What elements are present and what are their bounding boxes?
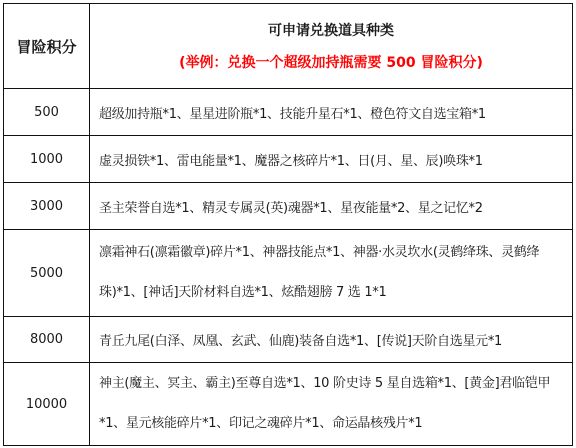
row-items: 虚灵损铁*1、雷电能量*1、魔器之核碎片*1、日(月、星、辰)唤珠*1 <box>90 136 573 183</box>
table-row: 3000 圣主荣誉自选*1、精灵专属灵(英)魂器*1、星夜能量*2、星之记忆*2 <box>4 183 573 230</box>
exchange-table: 冒险积分 可申请兑换道具种类 (举例：兑换一个超级加持瓶需要 500 冒险积分)… <box>3 3 573 446</box>
table-row: 10000 神主(魔主、冥主、霸主)至尊自选*1、10 阶史诗 5 星自选箱*1… <box>4 363 573 446</box>
row-points: 1000 <box>4 136 90 183</box>
row-points: 10000 <box>4 363 90 446</box>
header-points: 冒险积分 <box>4 4 90 89</box>
table-row: 5000 凛霜神石(凛霜徽章)碎片*1、神器技能点*1、神器·水灵坎水(灵鹤绛珠… <box>4 230 573 317</box>
table-row: 500 超级加持瓶*1、星星进阶瓶*1、技能升星石*1、橙色符文自选宝箱*1 <box>4 89 573 136</box>
row-items: 神主(魔主、冥主、霸主)至尊自选*1、10 阶史诗 5 星自选箱*1、[黄金]君… <box>90 363 573 446</box>
header-items: 可申请兑换道具种类 (举例：兑换一个超级加持瓶需要 500 冒险积分) <box>90 4 573 89</box>
row-points: 5000 <box>4 230 90 317</box>
row-items: 凛霜神石(凛霜徽章)碎片*1、神器技能点*1、神器·水灵坎水(灵鹤绛珠、灵鹤绛珠… <box>90 230 573 317</box>
header-row: 冒险积分 可申请兑换道具种类 (举例：兑换一个超级加持瓶需要 500 冒险积分) <box>4 4 573 89</box>
table-row: 1000 虚灵损铁*1、雷电能量*1、魔器之核碎片*1、日(月、星、辰)唤珠*1 <box>4 136 573 183</box>
table-row: 8000 青丘九尾(白泽、凤凰、玄武、仙鹿)装备自选*1、[传说]天阶自选星元*… <box>4 317 573 363</box>
row-items: 青丘九尾(白泽、凤凰、玄武、仙鹿)装备自选*1、[传说]天阶自选星元*1 <box>90 317 573 363</box>
row-items: 圣主荣誉自选*1、精灵专属灵(英)魂器*1、星夜能量*2、星之记忆*2 <box>90 183 573 230</box>
row-items: 超级加持瓶*1、星星进阶瓶*1、技能升星石*1、橙色符文自选宝箱*1 <box>90 89 573 136</box>
row-points: 500 <box>4 89 90 136</box>
row-points: 3000 <box>4 183 90 230</box>
row-points: 8000 <box>4 317 90 363</box>
header-items-example: (举例：兑换一个超级加持瓶需要 500 冒险积分) <box>90 52 572 72</box>
header-items-title: 可申请兑换道具种类 <box>90 20 572 40</box>
